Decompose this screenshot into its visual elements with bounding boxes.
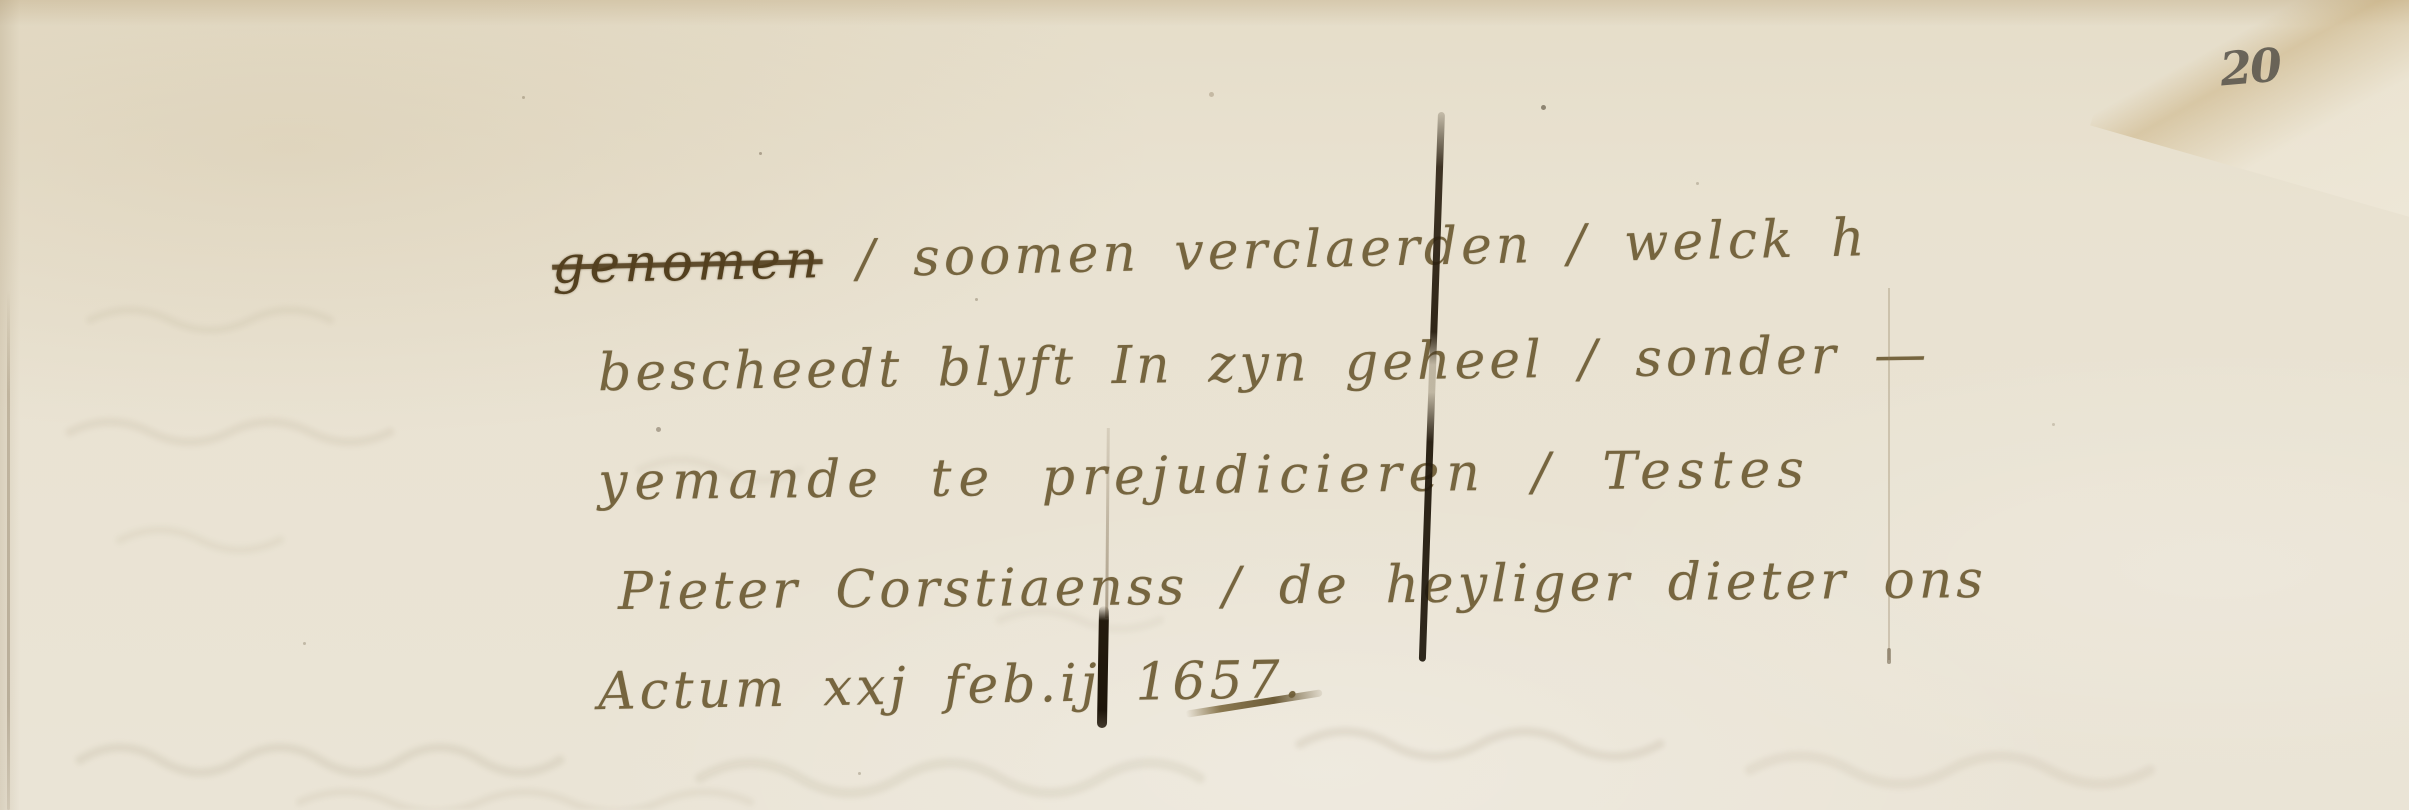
page-number: 20 [2218, 37, 2282, 96]
faint-vertical-rule [1888, 288, 1890, 660]
paper-specks [0, 0, 3, 3]
manuscript-line-4: Pieter Corstiaenss / de heyliger dieter … [618, 550, 1987, 622]
manuscript-page: 20 genomen / soomen verclaerden / welck … [0, 0, 2409, 810]
ink-stroke-vertical-left [1097, 606, 1109, 728]
manuscript-line-3: yemande te prejudicieren / Testes [598, 440, 1811, 513]
struck-word: genomen [552, 230, 824, 296]
